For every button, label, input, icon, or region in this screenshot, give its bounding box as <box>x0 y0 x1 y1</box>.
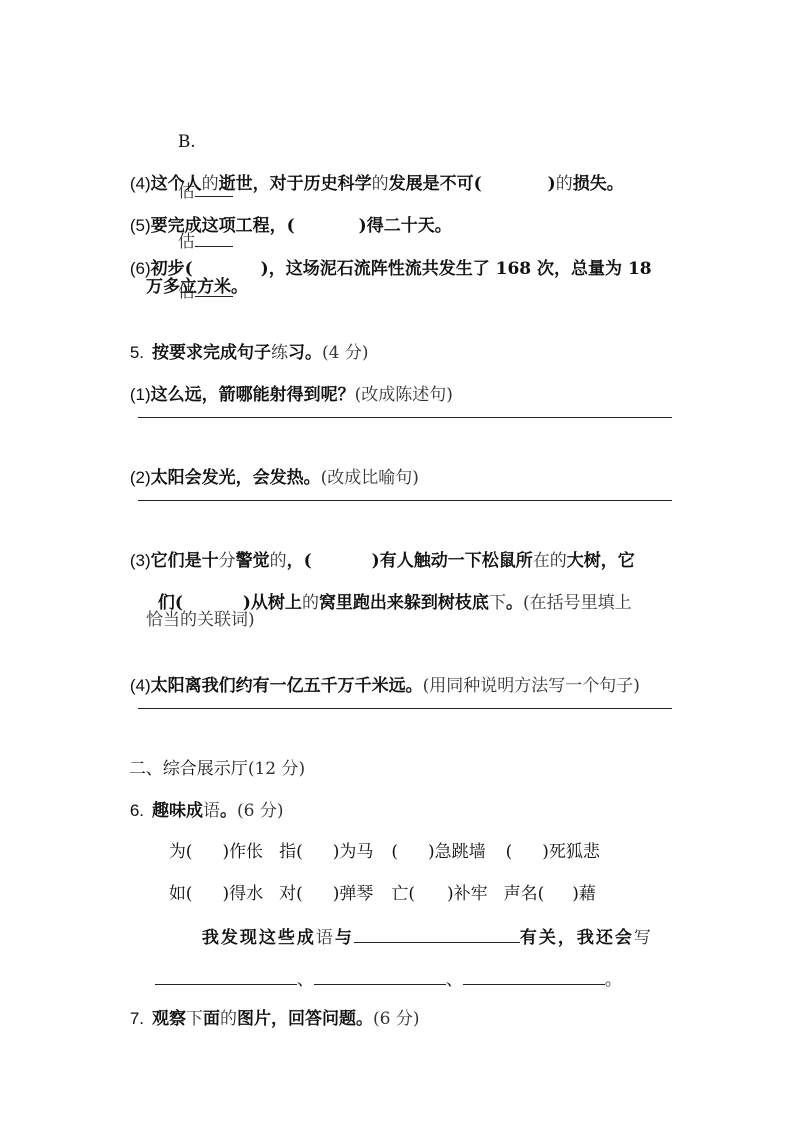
text: 下 <box>489 593 506 613</box>
hint: (用同种说明方法写一个句子) <box>423 676 640 696</box>
separator: 、 <box>446 970 463 990</box>
hint: (在括号里填上 <box>523 593 632 613</box>
question-4-item-6-cont: 万多立方米。 <box>146 275 248 299</box>
idioms-row-1: 为()作伥指()为马()急跳墙()死狐悲 <box>158 816 600 864</box>
question-7-heading: 7.观察下面的图片，回答问题。(6 分) <box>118 983 420 1031</box>
answer-line-2[interactable] <box>138 500 672 501</box>
item-id: (1) <box>130 385 151 404</box>
question-5-item-3-hint: 恰当的关联词) <box>146 608 255 632</box>
text: 的 <box>302 593 319 613</box>
text: 这么远，箭哪能射得到呢？ <box>151 385 355 405</box>
text: 窝里跑出来躲到树枝底 <box>319 593 489 613</box>
discovery-blank[interactable] <box>354 924 520 943</box>
text: 。 <box>605 970 622 990</box>
text: 写 <box>634 928 653 948</box>
question-4-item-4: (4)这个人的逝世，对于历史科学的发展是不可()的损失。 <box>118 148 624 196</box>
idiom-blank-3[interactable] <box>463 966 605 985</box>
text: 观察 <box>152 1009 186 1029</box>
question-number: 7. <box>130 1009 144 1028</box>
hint: (改成比喻句) <box>321 468 419 488</box>
question-5-heading: 5.按要求完成句子练习。(4 分) <box>118 317 369 365</box>
text: 的 <box>556 174 573 194</box>
answer-line-1[interactable] <box>138 417 672 418</box>
item-id: (4) <box>130 676 151 695</box>
idioms-row-2: 如()得水对()弹琴亡()补牢声名()藉 <box>158 858 596 906</box>
score-label: (6 分) <box>373 1009 419 1029</box>
item-id: (2) <box>130 468 151 487</box>
hint: (改成陈述句) <box>355 385 453 405</box>
text: 图片，回答问题。 <box>237 1009 373 1029</box>
text: )，这场泥石流阵性流共发生了 168 次，总量为 18 <box>261 259 652 279</box>
question-5-item-3: (3)它们是十分警觉的，()有人触动一下松鼠所在的大树，它 <box>118 525 635 573</box>
text: 的 <box>220 1009 237 1029</box>
question-5-item-1: (1)这么远，箭哪能射得到呢？(改成陈述句) <box>118 359 453 407</box>
text: 面 <box>203 1009 220 1029</box>
question-5-item-4: (4)太阳离我们约有一亿五千万千米远。(用同种说明方法写一个句子) <box>118 650 640 698</box>
text: 损失。 <box>573 174 624 194</box>
text: 下 <box>186 1009 203 1029</box>
text: ) <box>548 174 556 194</box>
text: 太阳会发光，会发热。 <box>151 468 321 488</box>
question-5-item-2: (2)太阳会发光，会发热。(改成比喻句) <box>118 442 419 490</box>
question-number: 6. <box>130 801 144 820</box>
text: 太阳离我们约有一亿五千万千米远。 <box>151 676 423 696</box>
section-2-heading: 二、综合展示厅(12 分) <box>118 733 305 781</box>
answer-line-3[interactable] <box>138 708 672 709</box>
question-4-item-6: (6)初步()，这场泥石流阵性流共发生了 168 次，总量为 18 <box>118 233 652 281</box>
text: 。 <box>506 593 523 613</box>
question-4-item-5: (5)要完成这项工程，()得二十天。 <box>118 190 452 238</box>
